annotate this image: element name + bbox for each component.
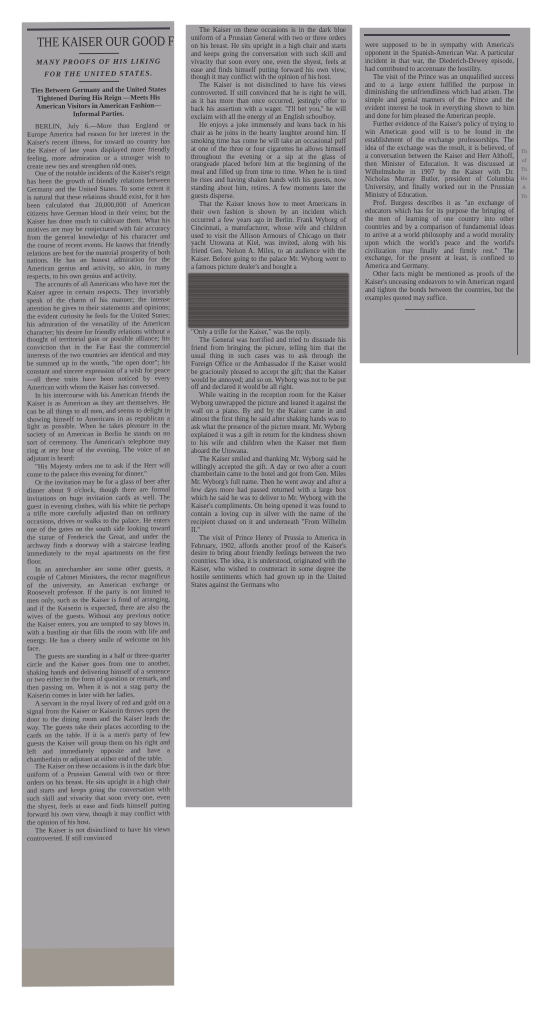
paragraph: Further evidence of the Kaiser's policy … [365, 121, 514, 200]
column-3-top-rule [364, 34, 510, 36]
article-column-1: THE KAISER OUR GOOD FRIEND MANY PROOFS O… [27, 27, 170, 843]
column-1-body: BERLIN, July 6.—More than England or Eur… [27, 122, 170, 843]
paragraph: The guests are standing in a half or thr… [27, 652, 170, 701]
end-rule [405, 309, 475, 310]
paragraph: The Kaiser smiled and thanking Mr. Wybor… [191, 456, 346, 535]
paragraph: The accounts of all Americans who have m… [27, 280, 170, 392]
paper-edge [22, 947, 174, 986]
paragraph: The Kaiser is not disinclined to have hi… [191, 82, 346, 122]
paragraph: The General was horrified and tried to d… [191, 337, 346, 392]
paragraph: Other facts might be mentioned as proofs… [365, 271, 514, 303]
headline: THE KAISER OUR GOOD FRIEND [37, 33, 160, 49]
paragraph: In an antechamber are some other guests,… [27, 565, 170, 653]
paragraph: While waiting in the reception room for … [191, 392, 346, 455]
paragraph: That the Kaiser knows how to meet Americ… [191, 201, 346, 272]
margin-fragment: Th [518, 193, 530, 202]
subhead-line-2: FOR THE UNITED STATES. [27, 68, 170, 78]
margin-fragment: of [518, 157, 530, 166]
clipping-column-2: The Kaiser on these occasions is in the … [186, 25, 352, 807]
paragraph: The Kaiser is not disinclined to have hi… [27, 826, 170, 843]
adjacent-column-fragments: ThofThHoATh [518, 148, 530, 202]
paragraph: Or the invitation may be for a glass of … [27, 478, 170, 566]
article-column-3: were supposed to be in sympathy with Ame… [365, 42, 514, 321]
paragraph: In his intercourse with his American fri… [27, 391, 170, 463]
margin-fragment: Th [518, 166, 530, 175]
paragraph: "Only a trifle for the Kaiser," was the … [191, 329, 346, 337]
subhead-line-1: MANY PROOFS OF HIS LIKING [27, 56, 170, 66]
column-3-body: were supposed to be in sympathy with Ame… [365, 42, 514, 303]
column-rule [517, 58, 518, 355]
paragraph: A servant in the royal livery of red and… [27, 700, 170, 764]
paragraph: The visit of Prince Henry of Prussia to … [191, 535, 346, 590]
article-column-2: The Kaiser on these occasions is in the … [191, 27, 346, 590]
paragraph: "His Majesty orders me to ask if the Her… [27, 462, 170, 479]
clipping-column-3: were supposed to be in sympathy with Ame… [360, 28, 530, 363]
top-rule [27, 27, 170, 30]
paragraph: Prof. Burgess describes it as "an exchan… [365, 200, 514, 271]
deck: Ties Between Germany and the United Stat… [27, 85, 170, 118]
paragraph: He enjoys a joke immensely and leans bac… [191, 122, 346, 201]
column-2-body-top: The Kaiser on these occasions is in the … [191, 27, 346, 272]
paragraph: The Kaiser on these occasions is in the … [27, 763, 170, 827]
clipping-column-1: THE KAISER OUR GOOD FRIEND MANY PROOFS O… [22, 21, 174, 986]
paragraph: The visit of the Prince was an unqualifi… [365, 74, 514, 121]
paragraph: were supposed to be in sympathy with Ame… [365, 42, 514, 74]
headline-rule [79, 53, 119, 54]
paragraph: One of the notable incidents of the Kais… [27, 170, 170, 282]
margin-fragment: Th [518, 148, 530, 157]
paragraph: The Kaiser on these occasions is in the … [191, 27, 346, 82]
faded-text-line: · · · · · · · · · · · · · [365, 313, 514, 321]
margin-fragment: Ho [518, 175, 530, 184]
smudged-print-area [188, 273, 349, 328]
paragraph: BERLIN, July 6.—More than England or Eur… [27, 122, 170, 171]
margin-fragment: A [518, 184, 530, 193]
column-2-body-bottom: "Only a trifle for the Kaiser," was the … [191, 329, 346, 590]
subhead-rule [79, 81, 119, 82]
